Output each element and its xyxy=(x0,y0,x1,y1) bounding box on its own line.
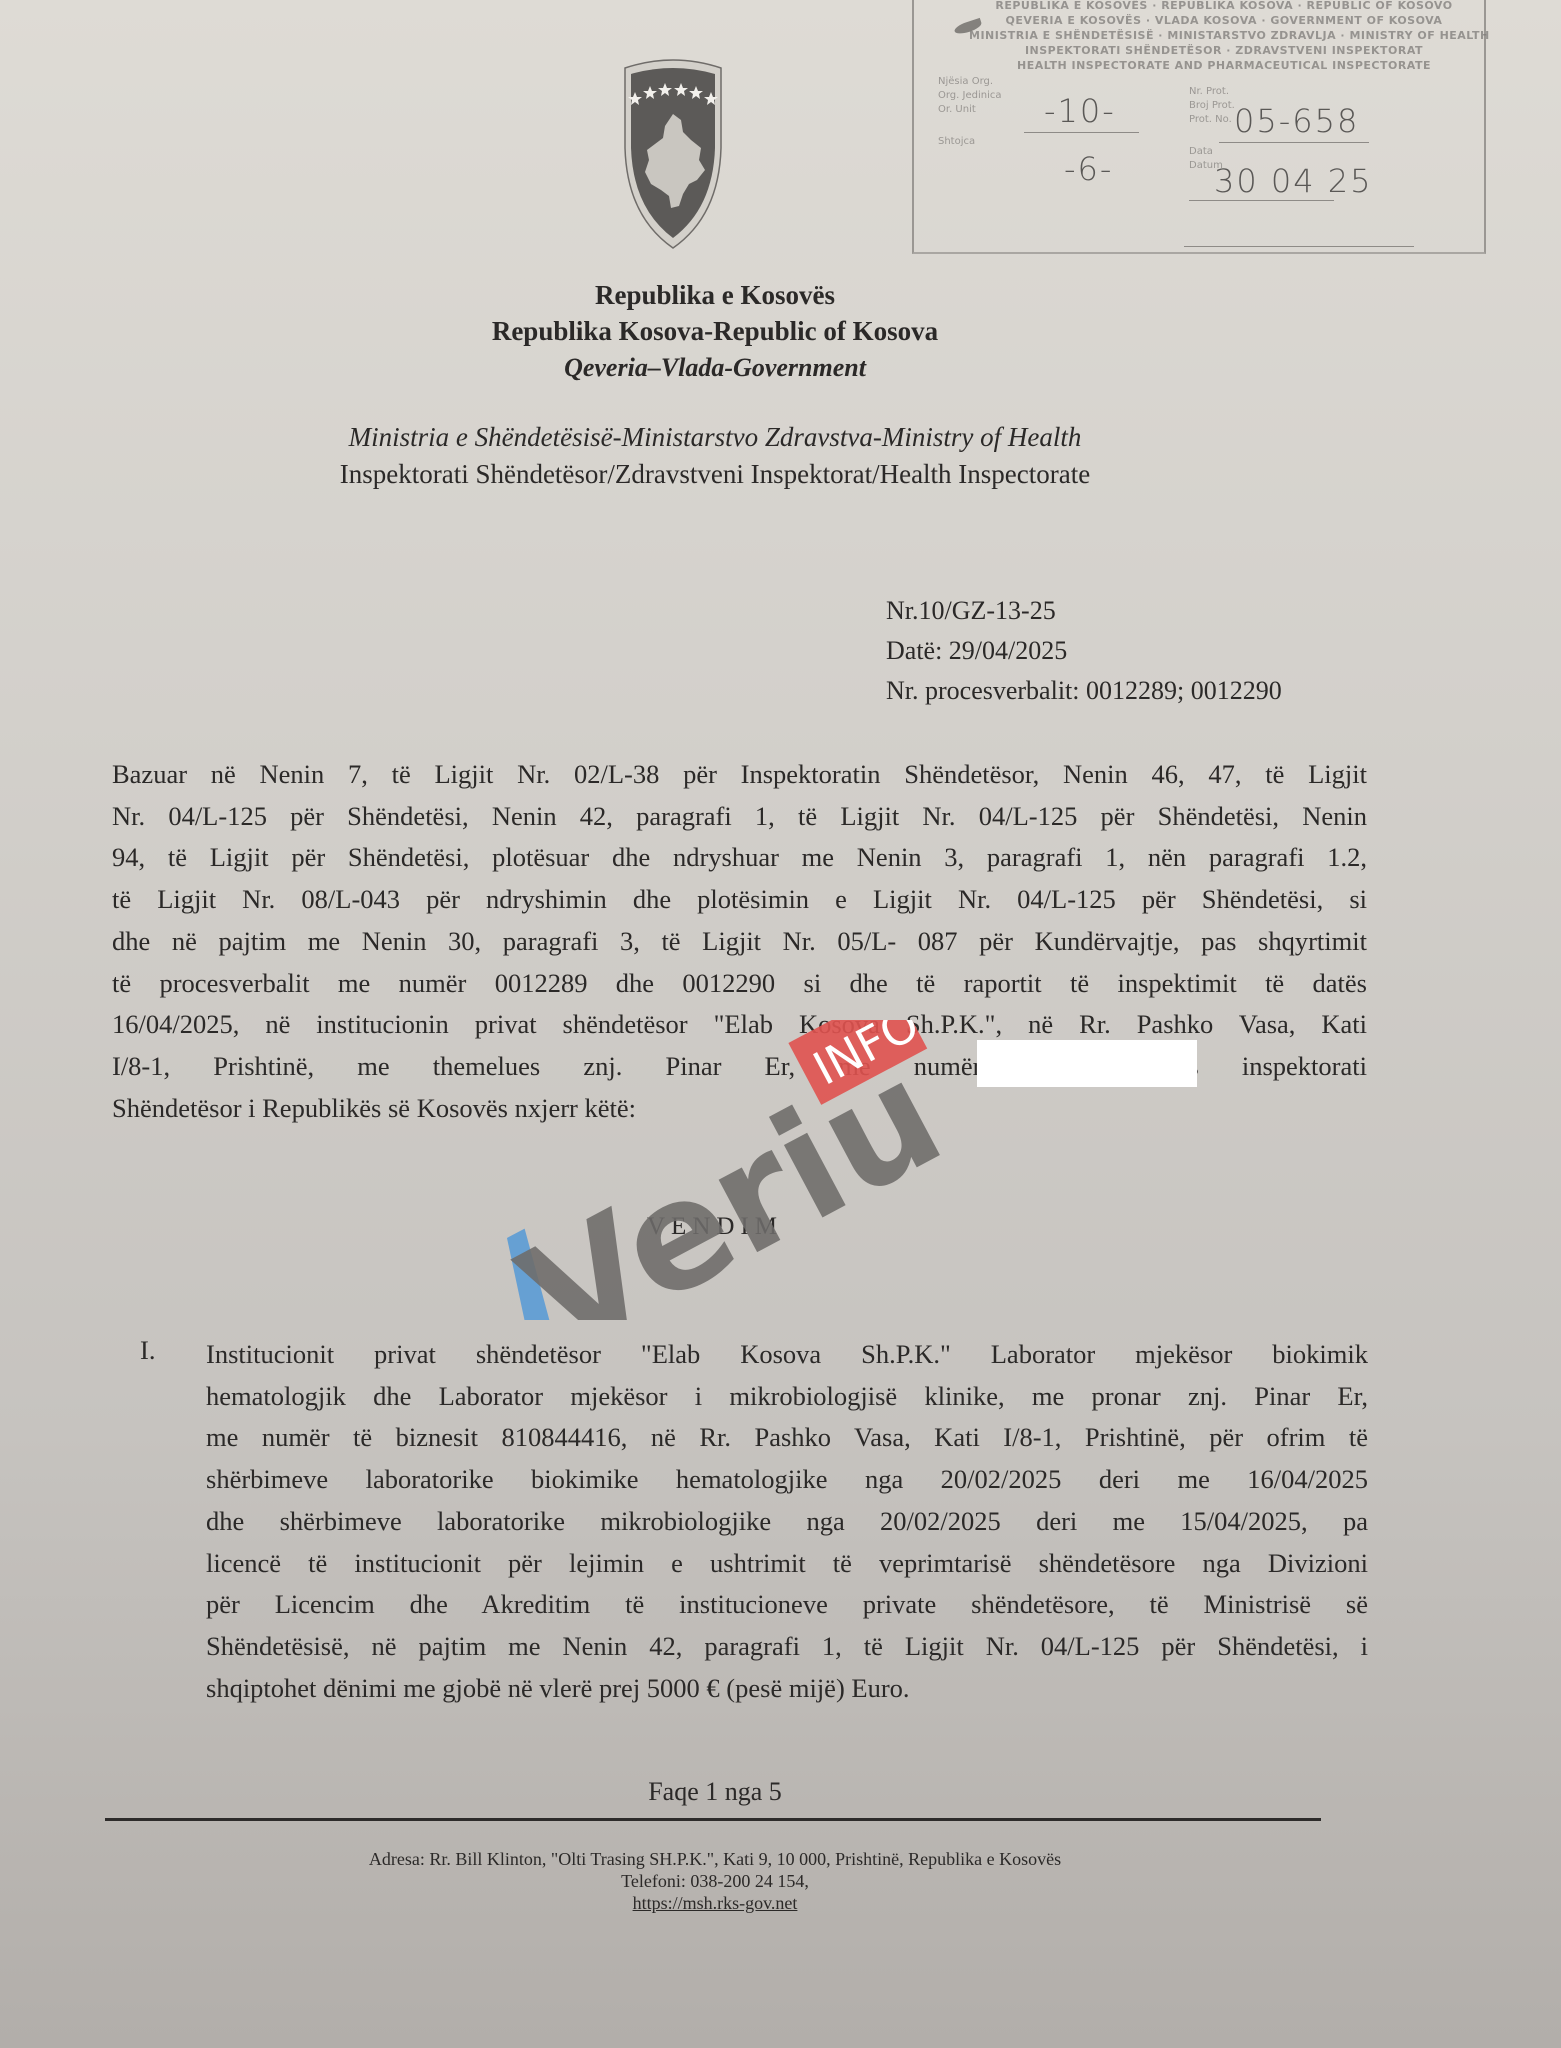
item-line: për Licencim dhe Akreditim të institucio… xyxy=(206,1584,1368,1626)
paragraph-line: dhe në pajtim me Nenin 30, paragrafi 3, … xyxy=(112,921,1367,963)
stamp-header: REPUBLIKA E KOSOVËS · REPUBLIKA KOSOVA ·… xyxy=(969,0,1479,73)
paragraph-line: të Ligjit Nr. 08/L-043 për ndryshimin dh… xyxy=(112,879,1367,921)
stamp-label: Nr. Prot. xyxy=(1189,86,1229,98)
stamp-label: Broj Prot. xyxy=(1189,100,1235,112)
stamp-label: Prot. No. xyxy=(1189,114,1232,126)
reference-number: Nr.10/GZ-13-25 xyxy=(886,596,1056,626)
footer-phone: Telefoni: 038-200 24 154, xyxy=(0,1870,1430,1892)
stamp-underline xyxy=(1024,132,1139,133)
paragraph-line: Bazuar në Nenin 7, të Ligjit Nr. 02/L-38… xyxy=(112,754,1367,796)
item-line: Shëndetësisë, në pajtim me Nenin 42, par… xyxy=(206,1626,1368,1668)
footer-website-link[interactable]: https://msh.rks-gov.net xyxy=(633,1893,798,1913)
stamp-header-line: INSPEKTORATI SHËNDETËSOR · ZDRAVSTVENI I… xyxy=(969,43,1479,58)
stamp-underline xyxy=(1219,142,1369,143)
stamp-label: Shtojca xyxy=(938,136,975,148)
document-date: Datë: 29/04/2025 xyxy=(886,636,1067,666)
item-line: licencë të institucionit për lejimin e u… xyxy=(206,1543,1368,1585)
kosovo-coat-of-arms-icon xyxy=(621,56,725,254)
paragraph-line: të procesverbalit me numër 0012289 dhe 0… xyxy=(112,963,1367,1005)
country-name-multilingual: Republika Kosova-Republic of Kosova xyxy=(0,316,1430,347)
handwritten-protocol: 05-658 xyxy=(1234,102,1359,140)
footer-divider xyxy=(105,1818,1321,1821)
minutes-number: Nr. procesverbalit: 0012289; 0012290 xyxy=(886,676,1282,706)
item-line: shqiptohet dënimi me gjobë në vlerë prej… xyxy=(206,1668,1368,1710)
ministry-name: Ministria e Shëndetësisë-Ministarstvo Zd… xyxy=(0,422,1430,453)
stamp-header-line: QEVERIA E KOSOVËS · VLADA KOSOVA · GOVER… xyxy=(969,13,1479,28)
footer-address: Adresa: Rr. Bill Klinton, "Olti Trasing … xyxy=(0,1848,1430,1870)
stamp-label: Njësia Org. xyxy=(938,76,993,88)
stamp-label: Or. Unit xyxy=(938,104,976,116)
stamp-underline xyxy=(1189,200,1334,201)
stamp-header-line: MINISTRIA E SHËNDETËSISË · MINISTARSTVO … xyxy=(969,28,1479,43)
stamp-label: Data xyxy=(1189,146,1213,158)
footer-contact: Adresa: Rr. Bill Klinton, "Olti Trasing … xyxy=(0,1848,1430,1914)
item-line: me numër të biznesit 810844416, në Rr. P… xyxy=(206,1417,1368,1459)
stamp-label: Org. Jedinica xyxy=(938,90,1001,102)
item-line: hematologjik dhe Laborator mjekësor i mi… xyxy=(206,1376,1368,1418)
country-name: Republika e Kosovës xyxy=(0,280,1430,311)
handwritten-attachments: -6- xyxy=(1064,150,1113,188)
decision-item: Institucionit privat shëndetësor "Elab K… xyxy=(206,1334,1368,1709)
registry-stamp: REPUBLIKA E KOSOVËS · REPUBLIKA KOSOVA ·… xyxy=(912,0,1486,254)
stamp-header-line: HEALTH INSPECTORATE AND PHARMACEUTICAL I… xyxy=(969,58,1479,73)
paragraph-line: 94, të Ligjit për Shëndetësi, plotësuar … xyxy=(112,837,1367,879)
page-number: Faqe 1 nga 5 xyxy=(0,1777,1430,1807)
stamp-underline xyxy=(1184,246,1414,247)
item-line: Institucionit privat shëndetësor "Elab K… xyxy=(206,1334,1368,1376)
paragraph-line: Nr. 04/L-125 për Shëndetësi, Nenin 42, p… xyxy=(112,796,1367,838)
inspectorate-name: Inspektorati Shëndetësor/Zdravstveni Ins… xyxy=(0,459,1430,490)
item-line: dhe shërbimeve laboratorike mikrobiologj… xyxy=(206,1501,1368,1543)
stamp-header-line: REPUBLIKA E KOSOVËS · REPUBLIKA KOSOVA ·… xyxy=(969,0,1479,13)
government-name: Qeveria–Vlada-Government xyxy=(0,353,1430,383)
item-line: shërbimeve laboratorike biokimike hemato… xyxy=(206,1459,1368,1501)
item-number: I. xyxy=(140,1335,155,1366)
paragraph-line: Shëndetësor i Republikës së Kosovës nxje… xyxy=(112,1088,1367,1130)
handwritten-unit: -10- xyxy=(1044,92,1116,130)
redaction-box xyxy=(977,1040,1197,1087)
decision-title: VENDIM xyxy=(0,1213,1430,1241)
handwritten-date: 30 04 25 xyxy=(1214,162,1373,200)
